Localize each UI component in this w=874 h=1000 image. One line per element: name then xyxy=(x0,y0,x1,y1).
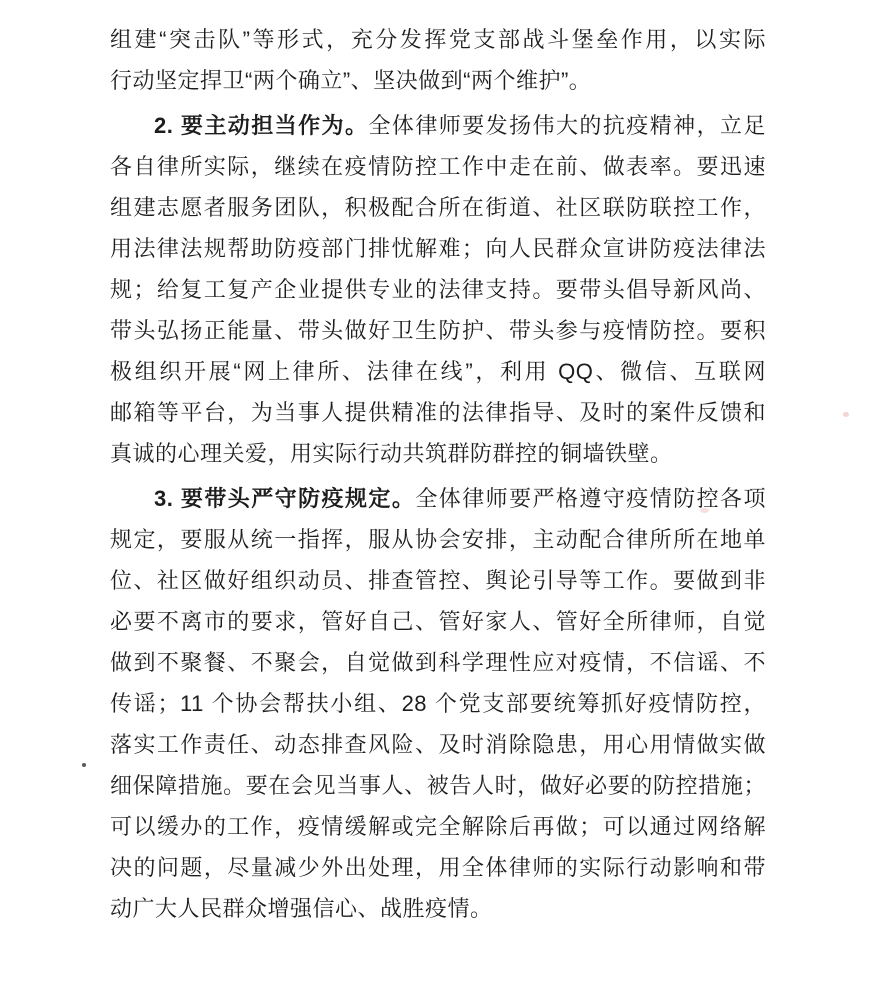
text-line: 真诚的心理关爱，用实际行动共筑群防群控的铜墙铁壁。 xyxy=(110,433,766,474)
text-line: 用法律法规帮助防疫部门排忧解难；向人民群众宣讲防疫法律法 xyxy=(110,228,766,269)
text-line: 位、社区做好组织动员、排查管控、舆论引导等工作。要做到非 xyxy=(110,560,766,601)
text-line: 细保障措施。要在会见当事人、被告人时，做好必要的防控措施； xyxy=(110,765,766,806)
scan-speck xyxy=(843,412,849,417)
text-line: 必要不离市的要求，管好自己、管好家人、管好全所律师，自觉 xyxy=(110,601,766,642)
text-run: 全体律师要发扬伟大的抗疫精神，立足 xyxy=(368,113,766,138)
section-heading-2: 2. 要主动担当作为。 xyxy=(154,113,368,138)
text-line: 组建“突击队”等形式，充分发挥党支部战斗堡垒作用，以实际 xyxy=(110,19,766,60)
scanned-document-page: 组建“突击队”等形式，充分发挥党支部战斗堡垒作用，以实际 行动坚定捍卫“两个确立… xyxy=(0,0,874,1000)
text-line: 规定，要服从统一指挥，服从协会安排，主动配合律所所在地单 xyxy=(110,519,766,560)
text-line: 规；给复工复产企业提供专业的法律支持。要带头倡导新风尚、 xyxy=(110,269,766,310)
text-line: 2. 要主动担当作为。全体律师要发扬伟大的抗疫精神，立足 xyxy=(110,105,766,146)
paragraph-item-2: 2. 要主动担当作为。全体律师要发扬伟大的抗疫精神，立足 各自律所实际，继续在疫… xyxy=(110,105,766,474)
text-run: 全体律师要严格遵守疫情防控各项 xyxy=(415,486,766,511)
text-line: 组建志愿者服务团队，积极配合所在街道、社区联防联控工作， xyxy=(110,187,766,228)
scan-speck xyxy=(82,763,86,767)
document-text-block: 组建“突击队”等形式，充分发挥党支部战斗堡垒作用，以实际 行动坚定捍卫“两个确立… xyxy=(110,19,766,929)
text-line: 可以缓办的工作，疫情缓解或完全解除后再做；可以通过网络解 xyxy=(110,806,766,847)
scan-speck xyxy=(700,508,709,513)
text-line: 各自律所实际，继续在疫情防控工作中走在前、做表率。要迅速 xyxy=(110,146,766,187)
text-line: 做到不聚餐、不聚会，自觉做到科学理性应对疫情，不信谣、不 xyxy=(110,642,766,683)
text-line: 邮箱等平台，为当事人提供精准的法律指导、及时的案件反馈和 xyxy=(110,392,766,433)
text-line: 决的问题，尽量减少外出处理，用全体律师的实际行动影响和带 xyxy=(110,847,766,888)
text-line: 动广大人民群众增强信心、战胜疫情。 xyxy=(110,888,766,929)
text-line: 3. 要带头严守防疫规定。全体律师要严格遵守疫情防控各项 xyxy=(110,478,766,519)
text-line: 带头弘扬正能量、带头做好卫生防护、带头参与疫情防控。要积 xyxy=(110,310,766,351)
text-line: 落实工作责任、动态排查风险、及时消除隐患，用心用情做实做 xyxy=(110,724,766,765)
text-line: 传谣；11 个协会帮扶小组、28 个党支部要统筹抓好疫情防控， xyxy=(110,683,766,724)
text-line: 行动坚定捍卫“两个确立”、坚决做到“两个维护”。 xyxy=(110,60,766,101)
paragraph-item-3: 3. 要带头严守防疫规定。全体律师要严格遵守疫情防控各项 规定，要服从统一指挥，… xyxy=(110,478,766,929)
text-line: 极组织开展“网上律所、法律在线”，利用 QQ、微信、互联网 xyxy=(110,351,766,392)
paragraph-continuation: 组建“突击队”等形式，充分发挥党支部战斗堡垒作用，以实际 行动坚定捍卫“两个确立… xyxy=(110,19,766,101)
section-heading-3: 3. 要带头严守防疫规定。 xyxy=(154,486,415,511)
